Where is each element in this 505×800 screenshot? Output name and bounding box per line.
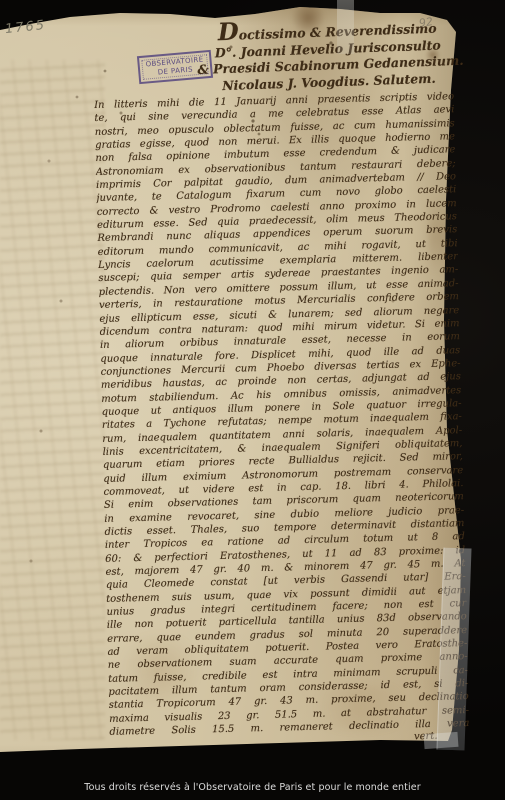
letter-heading: Doctissimo & ReverendissimoD°. Joanni He… — [196, 19, 460, 95]
verso-showthrough — [0, 60, 105, 740]
letter-body: In litteris mihi die 11 Januarij anni pr… — [94, 90, 470, 739]
copyright-band: Tous droits réservés à l'Observatoire de… — [0, 752, 505, 800]
catchword: vert. — [414, 731, 438, 743]
copyright-caption: Tous droits réservés à l'Observatoire de… — [0, 782, 505, 793]
manuscript-photo: 1765 92 OBSERVATOIRE DE PARIS Doctissimo… — [0, 0, 505, 800]
ink-specks — [0, 0, 2, 2]
